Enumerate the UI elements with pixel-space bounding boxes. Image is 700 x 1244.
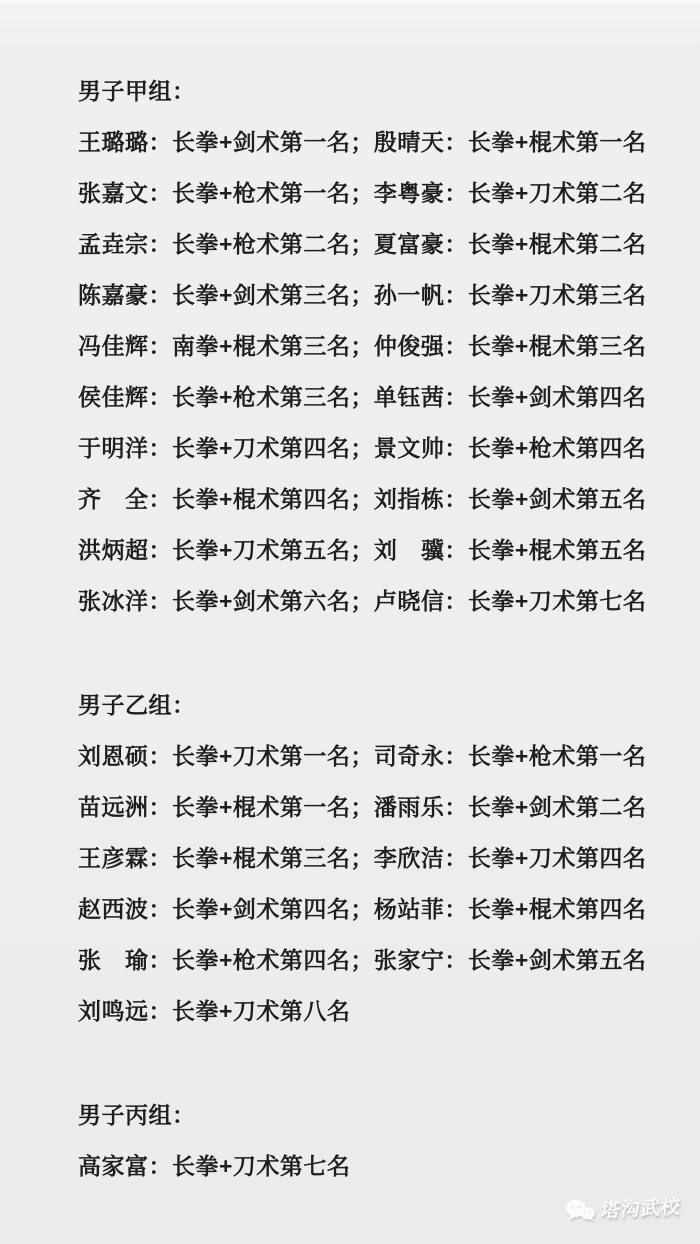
result-line: 齐 全：长拳+棍术第四名；刘指栋：长拳+剑术第五名 xyxy=(78,474,694,525)
result-line: 张冰洋：长拳+剑术第六名；卢晓信：长拳+刀术第七名 xyxy=(78,576,694,627)
result-line: 侯佳辉：长拳+枪术第三名；单钰茜：长拳+剑术第四名 xyxy=(78,372,694,423)
group-section-men-c: 男子丙组： 高家富：长拳+刀术第七名 xyxy=(78,1090,694,1192)
top-strip xyxy=(0,0,700,4)
result-line: 王彦霖：长拳+棍术第三名；李欣洁：长拳+刀术第四名 xyxy=(78,833,694,884)
result-line: 冯佳辉：南拳+棍术第三名；仲俊强：长拳+棍术第三名 xyxy=(78,321,694,372)
group-title: 男子丙组： xyxy=(78,1090,694,1141)
result-line: 孟垚宗：长拳+枪术第二名；夏富豪：长拳+棍术第二名 xyxy=(78,219,694,270)
results-document: 男子甲组： 王璐璐：长拳+剑术第一名；殷晴天：长拳+棍术第一名 张嘉文：长拳+枪… xyxy=(78,66,694,1192)
result-line: 高家富：长拳+刀术第七名 xyxy=(78,1141,694,1192)
result-line: 王璐璐：长拳+剑术第一名；殷晴天：长拳+棍术第一名 xyxy=(78,117,694,168)
result-line: 苗远洲：长拳+棍术第一名；潘雨乐：长拳+剑术第二名 xyxy=(78,782,694,833)
result-line: 洪炳超：长拳+刀术第五名；刘 骥：长拳+棍术第五名 xyxy=(78,525,694,576)
group-section-men-b: 男子乙组： 刘恩硕：长拳+刀术第一名；司奇永：长拳+枪术第一名 苗远洲：长拳+棍… xyxy=(78,680,694,1037)
watermark-text: 塔沟武校 xyxy=(600,1192,682,1223)
result-line: 陈嘉豪：长拳+剑术第三名；孙一帆：长拳+刀术第三名 xyxy=(78,270,694,321)
result-line: 赵西波：长拳+剑术第四名；杨站菲：长拳+棍术第四名 xyxy=(78,884,694,935)
group-section-men-a: 男子甲组： 王璐璐：长拳+剑术第一名；殷晴天：长拳+棍术第一名 张嘉文：长拳+枪… xyxy=(78,66,694,627)
document-page: 男子甲组： 王璐璐：长拳+剑术第一名；殷晴天：长拳+棍术第一名 张嘉文：长拳+枪… xyxy=(0,0,700,1244)
result-line: 刘鸣远：长拳+刀术第八名 xyxy=(78,986,694,1037)
group-title: 男子乙组： xyxy=(78,680,694,731)
result-line: 于明洋：长拳+刀术第四名；景文帅：长拳+枪术第四名 xyxy=(78,423,694,474)
result-line: 张嘉文：长拳+枪术第一名；李粤豪：长拳+刀术第二名 xyxy=(78,168,694,219)
wechat-watermark: 塔沟武校 xyxy=(564,1192,681,1225)
result-line: 刘恩硕：长拳+刀术第一名；司奇永：长拳+枪术第一名 xyxy=(78,731,694,782)
wechat-icon xyxy=(564,1197,595,1224)
group-title: 男子甲组： xyxy=(78,66,694,117)
result-line: 张 瑜：长拳+枪术第四名；张家宁：长拳+剑术第五名 xyxy=(78,935,694,986)
